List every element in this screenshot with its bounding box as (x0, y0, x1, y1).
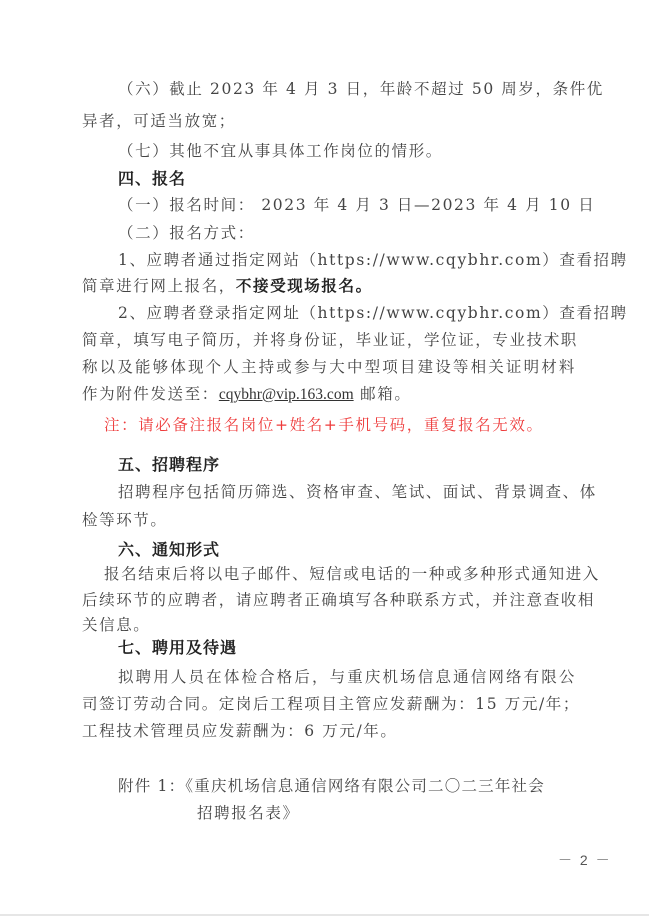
page-number: － 2 － (558, 850, 612, 870)
attachment-line-1: 附件 1：《重庆机场信息通信网络有限公司二〇二三年社会 (118, 776, 576, 796)
item-7: （七）其他不宜从事具体工作岗位的情形。 (118, 141, 612, 161)
section-5-body-line-2: 检等环节。 (82, 510, 576, 530)
registration-method-title: （二）报名方式： (118, 223, 612, 243)
registration-note: 注：请必备注报名岗位+姓名+手机号码，重复报名无效。 (104, 415, 598, 435)
no-onsite-registration-note: 不接受现场报名。 (236, 277, 373, 295)
section-6-body-line-2: 后续环节的应聘者，请应聘者正确填写各种联系方式，并注意查收相 (82, 590, 576, 610)
method-2-line-1: 2、应聘者登录指定网址（https://www.cqybhr.com）查看招聘 (118, 303, 576, 323)
section-6-heading: 六、通知形式 (118, 540, 220, 560)
email-link[interactable]: cqybhr@vip.163.com (219, 386, 354, 403)
method-2-line-3: 称以及能够体现个人主持或参与大中型项目建设等相关证明材料 (82, 357, 576, 377)
section-6-body-line-3: 关信息。 (82, 615, 576, 635)
section-6-body-line-1: 报名结束后将以电子邮件、短信或电话的一种或多种形式通知进入 (104, 564, 576, 584)
method-1-line-2: 简章进行网上报名，不接受现场报名。 (82, 276, 576, 296)
mailbox-suffix: 邮箱。 (354, 385, 412, 403)
section-7-body-line-1: 拟聘用人员在体检合格后，与重庆机场信息通信网络有限公 (118, 667, 576, 687)
section-4-heading: 四、报名 (118, 169, 186, 189)
section-7-body-line-3: 工程技术管理员应发薪酬为：6 万元/年。 (82, 721, 576, 741)
section-7-heading: 七、聘用及待遇 (118, 638, 237, 658)
registration-time: （一）报名时间： 2023 年 4 月 3 日—2023 年 4 月 10 日 (118, 195, 612, 215)
method-2-line-4: 作为附件发送至：cqybhr@vip.163.com 邮箱。 (82, 384, 576, 405)
send-to-label: 作为附件发送至： (82, 385, 219, 403)
method-1-line-1: 1、应聘者通过指定网站（https://www.cqybhr.com）查看招聘 (118, 250, 576, 270)
section-5-body-line-1: 招聘程序包括简历筛选、资格审查、笔试、面试、背景调查、体 (118, 482, 576, 502)
section-7-body-line-2: 司签订劳动合同。定岗后工程项目主管应发薪酬为：15 万元/年； (82, 694, 576, 714)
attachment-line-2: 招聘报名表》 (197, 803, 649, 823)
item-6-line-2: 异者，可适当放宽； (82, 111, 576, 131)
section-5-heading: 五、招聘程序 (118, 455, 220, 475)
item-6-line-1: （六）截止 2023 年 4 月 3 日，年龄不超过 50 周岁，条件优 (118, 79, 576, 99)
method-2-line-2: 简章，填写电子简历，并将身份证，毕业证，学位证，专业技术职 (82, 330, 576, 350)
method-1-plain-text: 简章进行网上报名， (82, 277, 236, 295)
